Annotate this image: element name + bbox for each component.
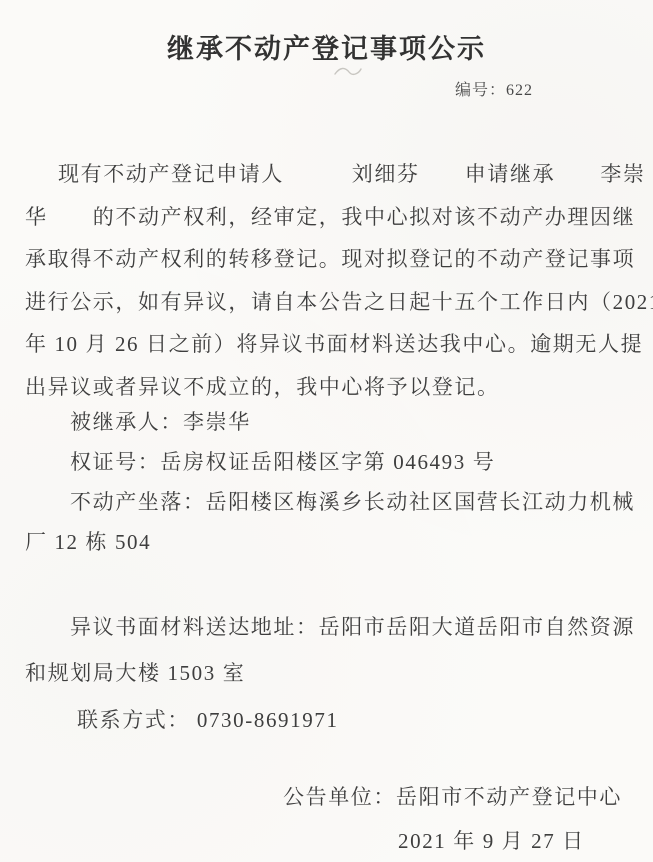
document-number: 编号：622 — [455, 77, 533, 100]
page-title: 继承不动产登记事项公示 — [0, 27, 653, 66]
property-location-line-1: 不动产坐落：岳阳楼区梅溪乡长动社区国营长江动力机械 — [25, 482, 637, 522]
notice-body-paragraph: 现有不动产登记申请人 刘细芬 申请继承 李崇 华 的不动产权利，经审定，我中心拟… — [25, 153, 637, 408]
decedent-line: 被继承人：李崇华 — [25, 402, 637, 442]
certificate-number-line: 权证号：岳房权证岳阳楼区字第 046493 号 — [25, 442, 637, 482]
objection-address-line-1: 异议书面材料送达地址：岳阳市岳阳大道岳阳市自然资源 — [25, 604, 637, 650]
contact-phone-line: 联系方式： 0730-8691971 — [25, 699, 637, 741]
scanned-notice-page: 继承不动产登记事项公示 编号：622 现有不动产登记申请人 刘细芬 申请继承 李… — [0, 0, 653, 862]
paragraph-line-5: 年 10 月 26 日之前）将异议书面材料送达我中心。逾期无人提 — [25, 323, 637, 366]
paragraph-line-4: 进行公示，如有异议，请自本公告之日起十五个工作日内（2021 — [25, 281, 637, 324]
pencil-mark-artifact — [333, 64, 363, 80]
paragraph-line-3: 承取得不动产权利的转移登记。现对拟登记的不动产登记事项 — [25, 238, 637, 281]
objection-delivery-address-block: 异议书面材料送达地址：岳阳市岳阳大道岳阳市自然资源 和规划局大楼 1503 室 — [25, 604, 637, 696]
property-location-line-2: 厂 12 栋 504 — [25, 522, 637, 562]
objection-address-line-2: 和规划局大楼 1503 室 — [25, 650, 637, 696]
issue-date-line: 2021 年 9 月 27 日 — [398, 825, 585, 855]
issuing-authority-line: 公告单位：岳阳市不动产登记中心 — [283, 781, 622, 811]
paragraph-line-1: 现有不动产登记申请人 刘细芬 申请继承 李崇 — [25, 153, 637, 196]
property-details-block: 被继承人：李崇华 权证号：岳房权证岳阳楼区字第 046493 号 不动产坐落：岳… — [25, 402, 637, 562]
paragraph-line-2: 华 的不动产权利，经审定，我中心拟对该不动产办理因继 — [25, 196, 637, 239]
